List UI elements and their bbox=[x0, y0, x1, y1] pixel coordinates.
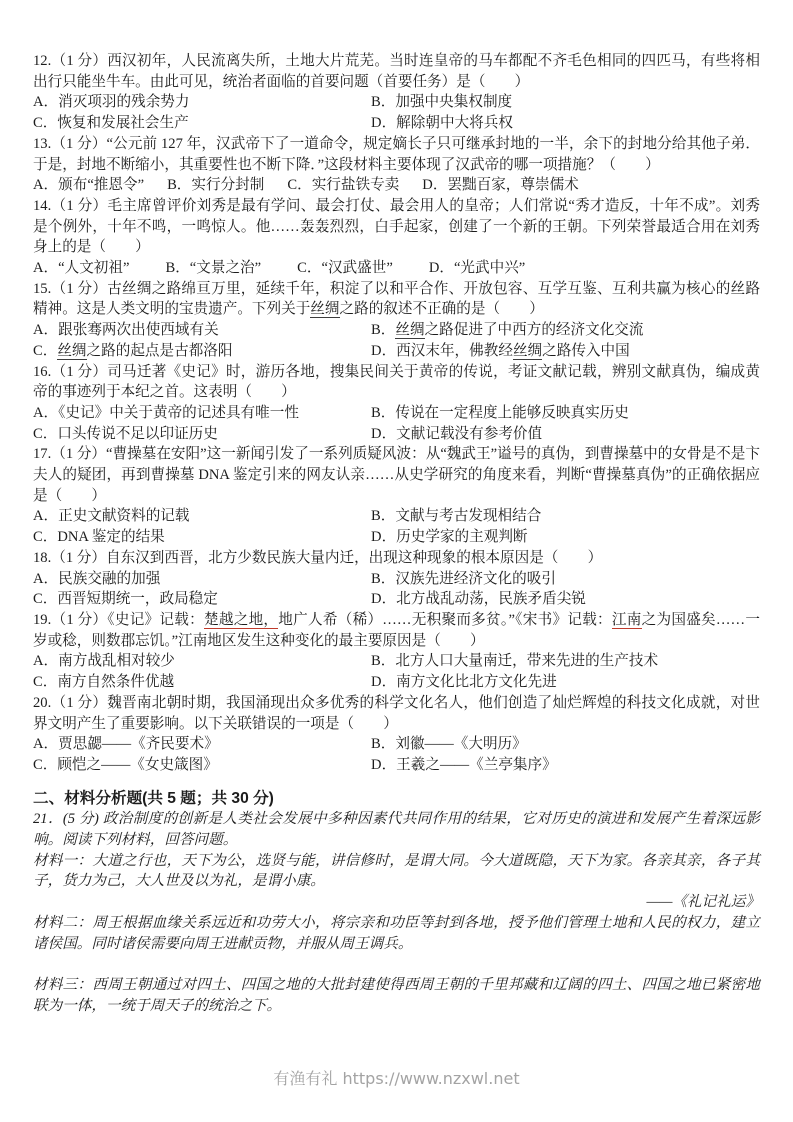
question-16-option-c: C．口头传说不足以印证历史 bbox=[33, 424, 371, 445]
question-15-stem-text-end: 之路的叙述不正确的是（ ） bbox=[340, 301, 544, 317]
question-19-option-c: C．南方自然条件优越 bbox=[33, 672, 371, 693]
question-13-option-a: A．颁布“推恩令” bbox=[33, 175, 144, 196]
question-18-option-b: B．汉族先进经济文化的吸引 bbox=[371, 569, 556, 590]
question-12-option-c: C．恢复和发展社会生产 bbox=[33, 113, 371, 134]
question-16-options-row-2: C．口头传说不足以印证历史 D．文献记载没有参考价值 bbox=[33, 424, 760, 445]
question-16-options-row-1: A．《史记》中关于黄帝的记述具有唯一性 B．传说在一定程度上能够反映真实历史 bbox=[33, 403, 760, 424]
question-15-option-d-text: D．西汉末年，佛教经 bbox=[371, 343, 513, 359]
question-16-stem: 16.（1 分）司马迁著《史记》时，游历各地，搜集民间关于黄帝的传说，考证文献记… bbox=[33, 362, 760, 403]
question-17-option-c: C．DNA 鉴定的结果 bbox=[33, 527, 371, 548]
question-17-options-row-2: C．DNA 鉴定的结果 D．历史学家的主观判断 bbox=[33, 527, 760, 548]
question-21-material-2: 材料二：周王根据血缘关系远近和功劳大小，将宗亲和功臣等封到各地，授予他们管理土地… bbox=[33, 913, 760, 954]
question-20-option-d: D．王羲之——《兰亭集序》 bbox=[371, 755, 557, 776]
question-21-intro: 21．(5 分) 政治制度的创新是人类社会发展中多种因素代共同作用的结果，它对历… bbox=[33, 809, 760, 850]
question-13-stem: 13.（1 分）“公元前 127 年，汉武帝下了一道命令，规定嫡长子只可继承封地… bbox=[33, 134, 760, 175]
question-19-stem: 19.（1 分）《史记》记载：楚越之地，地广人希（稀）……无积聚而多贫。”《宋书… bbox=[33, 610, 760, 651]
question-15-option-c: C．丝绸之路的起点是古都洛阳 bbox=[33, 341, 371, 362]
question-12-option-b: B．加强中央集权制度 bbox=[371, 92, 512, 113]
question-18: 18.（1 分）自东汉到西晋，北方少数民族大量内迁，出现这种现象的根本原因是（ … bbox=[33, 548, 760, 610]
question-19: 19.（1 分）《史记》记载：楚越之地，地广人希（稀）……无积聚而多贫。”《宋书… bbox=[33, 610, 760, 693]
question-17-option-b: B．文献与考古发现相结合 bbox=[371, 506, 541, 527]
question-13-option-c: C．实行盐铁专卖 bbox=[287, 175, 399, 196]
question-17-option-d: D．历史学家的主观判断 bbox=[371, 527, 527, 548]
question-15-options-row-1: A．跟张骞两次出使西域有关 B．丝绸之路促进了中西方的经济文化交流 bbox=[33, 320, 760, 341]
question-15-option-b-text: B． bbox=[371, 322, 395, 338]
question-18-options-row-1: A．民族交融的加强 B．汉族先进经济文化的吸引 bbox=[33, 569, 760, 590]
question-14-option-c: C．“汉武盛世” bbox=[297, 258, 393, 279]
question-14-option-d: D．“光武中兴” bbox=[429, 258, 525, 279]
question-14-option-a: A．“人文初祖” bbox=[33, 258, 129, 279]
question-21-material-1: 材料一：大道之行也，天下为公，选贤与能，讲信修时，是谓大同。今大道既隐，天下为家… bbox=[33, 851, 760, 892]
question-15-stem: 15.（1 分）古丝绸之路绵亘万里，延续千年，积淀了以和平合作、开放包容、互学互… bbox=[33, 279, 760, 320]
question-15-option-c-text: C． bbox=[33, 343, 57, 359]
question-19-option-a: A．南方战乱相对较少 bbox=[33, 651, 371, 672]
question-14-option-b: B．“文景之治” bbox=[165, 258, 261, 279]
question-13-option-b: B．实行分封制 bbox=[167, 175, 264, 196]
question-19-stem-red-underline-1: 楚越之地， bbox=[204, 612, 278, 629]
question-20-options-row-2: C．顾恺之——《女史箴图》 D．王羲之——《兰亭集序》 bbox=[33, 755, 760, 776]
question-20-option-a: A．贾思勰——《齐民要术》 bbox=[33, 734, 371, 755]
question-19-stem-text-2: 地广人希（稀）……无积聚而多贫。”《宋书》记载： bbox=[278, 612, 612, 628]
question-19-stem-text: 19.（1 分）《史记》记载： bbox=[33, 612, 204, 628]
question-21-material-3: 材料三：西周王朝通过对四土、四国之地的大批封建使得西周王朝的千里邦藏和辽阔的四土… bbox=[33, 975, 760, 1016]
question-12-options-row-1: A．消灭项羽的残余势力 B．加强中央集权制度 bbox=[33, 92, 760, 113]
question-17-option-a: A．正史文献资料的记载 bbox=[33, 506, 371, 527]
question-20: 20.（1 分）魏晋南北朝时期，我国涌现出众多优秀的科学文化名人，他们创造了灿烂… bbox=[33, 693, 760, 776]
question-19-options-row-1: A．南方战乱相对较少 B．北方人口大量南迁，带来先进的生产技术 bbox=[33, 651, 760, 672]
question-15-options-row-2: C．丝绸之路的起点是古都洛阳 D．西汉末年，佛教经丝绸之路传入中国 bbox=[33, 341, 760, 362]
question-19-stem-red-underline-2: 江南 bbox=[612, 612, 642, 629]
question-17-options-row-1: A．正史文献资料的记载 B．文献与考古发现相结合 bbox=[33, 506, 760, 527]
question-15-option-d: D．西汉末年，佛教经丝绸之路传入中国 bbox=[371, 341, 630, 362]
question-19-option-b: B．北方人口大量南迁，带来先进的生产技术 bbox=[371, 651, 658, 672]
question-20-option-c: C．顾恺之——《女史箴图》 bbox=[33, 755, 371, 776]
question-18-stem: 18.（1 分）自东汉到西晋，北方少数民族大量内迁，出现这种现象的根本原因是（ … bbox=[33, 548, 760, 569]
question-19-option-d: D．南方文化比北方文化先进 bbox=[371, 672, 557, 693]
question-12-options-row-2: C．恢复和发展社会生产 D．解除朝中大将兵权 bbox=[33, 113, 760, 134]
question-16-option-d: D．文献记载没有参考价值 bbox=[371, 424, 542, 445]
question-15-option-d-text-end: 之路传入中国 bbox=[542, 343, 630, 359]
question-13-option-d: D．罢黜百家，尊崇儒术 bbox=[422, 175, 578, 196]
question-15-option-a: A．跟张骞两次出使西域有关 bbox=[33, 320, 371, 341]
question-17-stem: 17.（1 分）“曹操墓在安阳”这一新闻引发了一系列质疑风波：从“魏武王”谥号的… bbox=[33, 444, 760, 506]
question-15: 15.（1 分）古丝绸之路绵亘万里，延续千年，积淀了以和平合作、开放包容、互学互… bbox=[33, 279, 760, 362]
question-21-material-1-source: ——《礼记礼运》 bbox=[33, 892, 760, 913]
question-19-options-row-2: C．南方自然条件优越 D．南方文化比北方文化先进 bbox=[33, 672, 760, 693]
question-20-option-b: B．刘徽——《大明历》 bbox=[371, 734, 527, 755]
question-20-stem: 20.（1 分）魏晋南北朝时期，我国涌现出众多优秀的科学文化名人，他们创造了灿烂… bbox=[33, 693, 760, 734]
question-16-option-a: A．《史记》中关于黄帝的记述具有唯一性 bbox=[33, 403, 371, 424]
question-18-options-row-2: C．西晋短期统一，政局稳定 D．北方战乱动荡，民族矛盾尖锐 bbox=[33, 589, 760, 610]
question-12: 12.（1 分）西汉初年，人民流离失所，土地大片荒芜。当时连皇帝的马车都配不齐毛… bbox=[33, 51, 760, 134]
question-15-option-d-underlined: 丝绸 bbox=[513, 343, 542, 360]
section-2-title: 二、材料分析题(共 5 题；共 30 分) bbox=[33, 789, 760, 810]
question-16: 16.（1 分）司马迁著《史记》时，游历各地，搜集民间关于黄帝的传说，考证文献记… bbox=[33, 362, 760, 445]
question-21: 21．(5 分) 政治制度的创新是人类社会发展中多种因素代共同作用的结果，它对历… bbox=[33, 809, 760, 1016]
question-12-option-d: D．解除朝中大将兵权 bbox=[371, 113, 513, 134]
question-16-option-b: B．传说在一定程度上能够反映真实历史 bbox=[371, 403, 629, 424]
question-15-option-c-underlined: 丝绸 bbox=[57, 343, 86, 360]
question-15-option-b-text-end: 之路促进了中西方的经济文化交流 bbox=[425, 322, 644, 338]
question-12-stem: 12.（1 分）西汉初年，人民流离失所，土地大片荒芜。当时连皇帝的马车都配不齐毛… bbox=[33, 51, 760, 92]
question-13: 13.（1 分）“公元前 127 年，汉武帝下了一道命令，规定嫡长子只可继承封地… bbox=[33, 134, 760, 196]
question-18-option-d: D．北方战乱动荡，民族矛盾尖锐 bbox=[371, 589, 586, 610]
exam-body: 12.（1 分）西汉初年，人民流离失所，土地大片荒芜。当时连皇帝的马车都配不齐毛… bbox=[33, 51, 760, 1017]
question-14-stem: 14.（1 分）毛主席曾评价刘秀是最有学问、最会打仗、最会用人的皇帝；人们常说“… bbox=[33, 196, 760, 258]
question-14: 14.（1 分）毛主席曾评价刘秀是最有学问、最会打仗、最会用人的皇帝；人们常说“… bbox=[33, 196, 760, 279]
question-12-option-a: A．消灭项羽的残余势力 bbox=[33, 92, 371, 113]
question-17: 17.（1 分）“曹操墓在安阳”这一新闻引发了一系列质疑风波：从“魏武王”谥号的… bbox=[33, 444, 760, 548]
question-14-options-row: A．“人文初祖” B．“文景之治” C．“汉武盛世” D．“光武中兴” bbox=[33, 258, 760, 279]
footer-watermark: 有渔有礼 https://www.nzxwl.net bbox=[0, 1066, 793, 1089]
question-18-option-c: C．西晋短期统一，政局稳定 bbox=[33, 589, 371, 610]
question-15-option-b: B．丝绸之路促进了中西方的经济文化交流 bbox=[371, 320, 643, 341]
question-18-option-a: A．民族交融的加强 bbox=[33, 569, 371, 590]
question-15-option-b-underlined: 丝绸 bbox=[395, 322, 424, 339]
question-13-options-row: A．颁布“推恩令” B．实行分封制 C．实行盐铁专卖 D．罢黜百家，尊崇儒术 bbox=[33, 175, 760, 196]
question-15-option-c-text-end: 之路的起点是古都洛阳 bbox=[87, 343, 233, 359]
exam-page: { "colors": { "text": "#1c1c1c", "proof_… bbox=[0, 0, 793, 1122]
question-15-stem-underlined: 丝绸 bbox=[310, 301, 339, 318]
question-20-options-row-1: A．贾思勰——《齐民要术》 B．刘徽——《大明历》 bbox=[33, 734, 760, 755]
